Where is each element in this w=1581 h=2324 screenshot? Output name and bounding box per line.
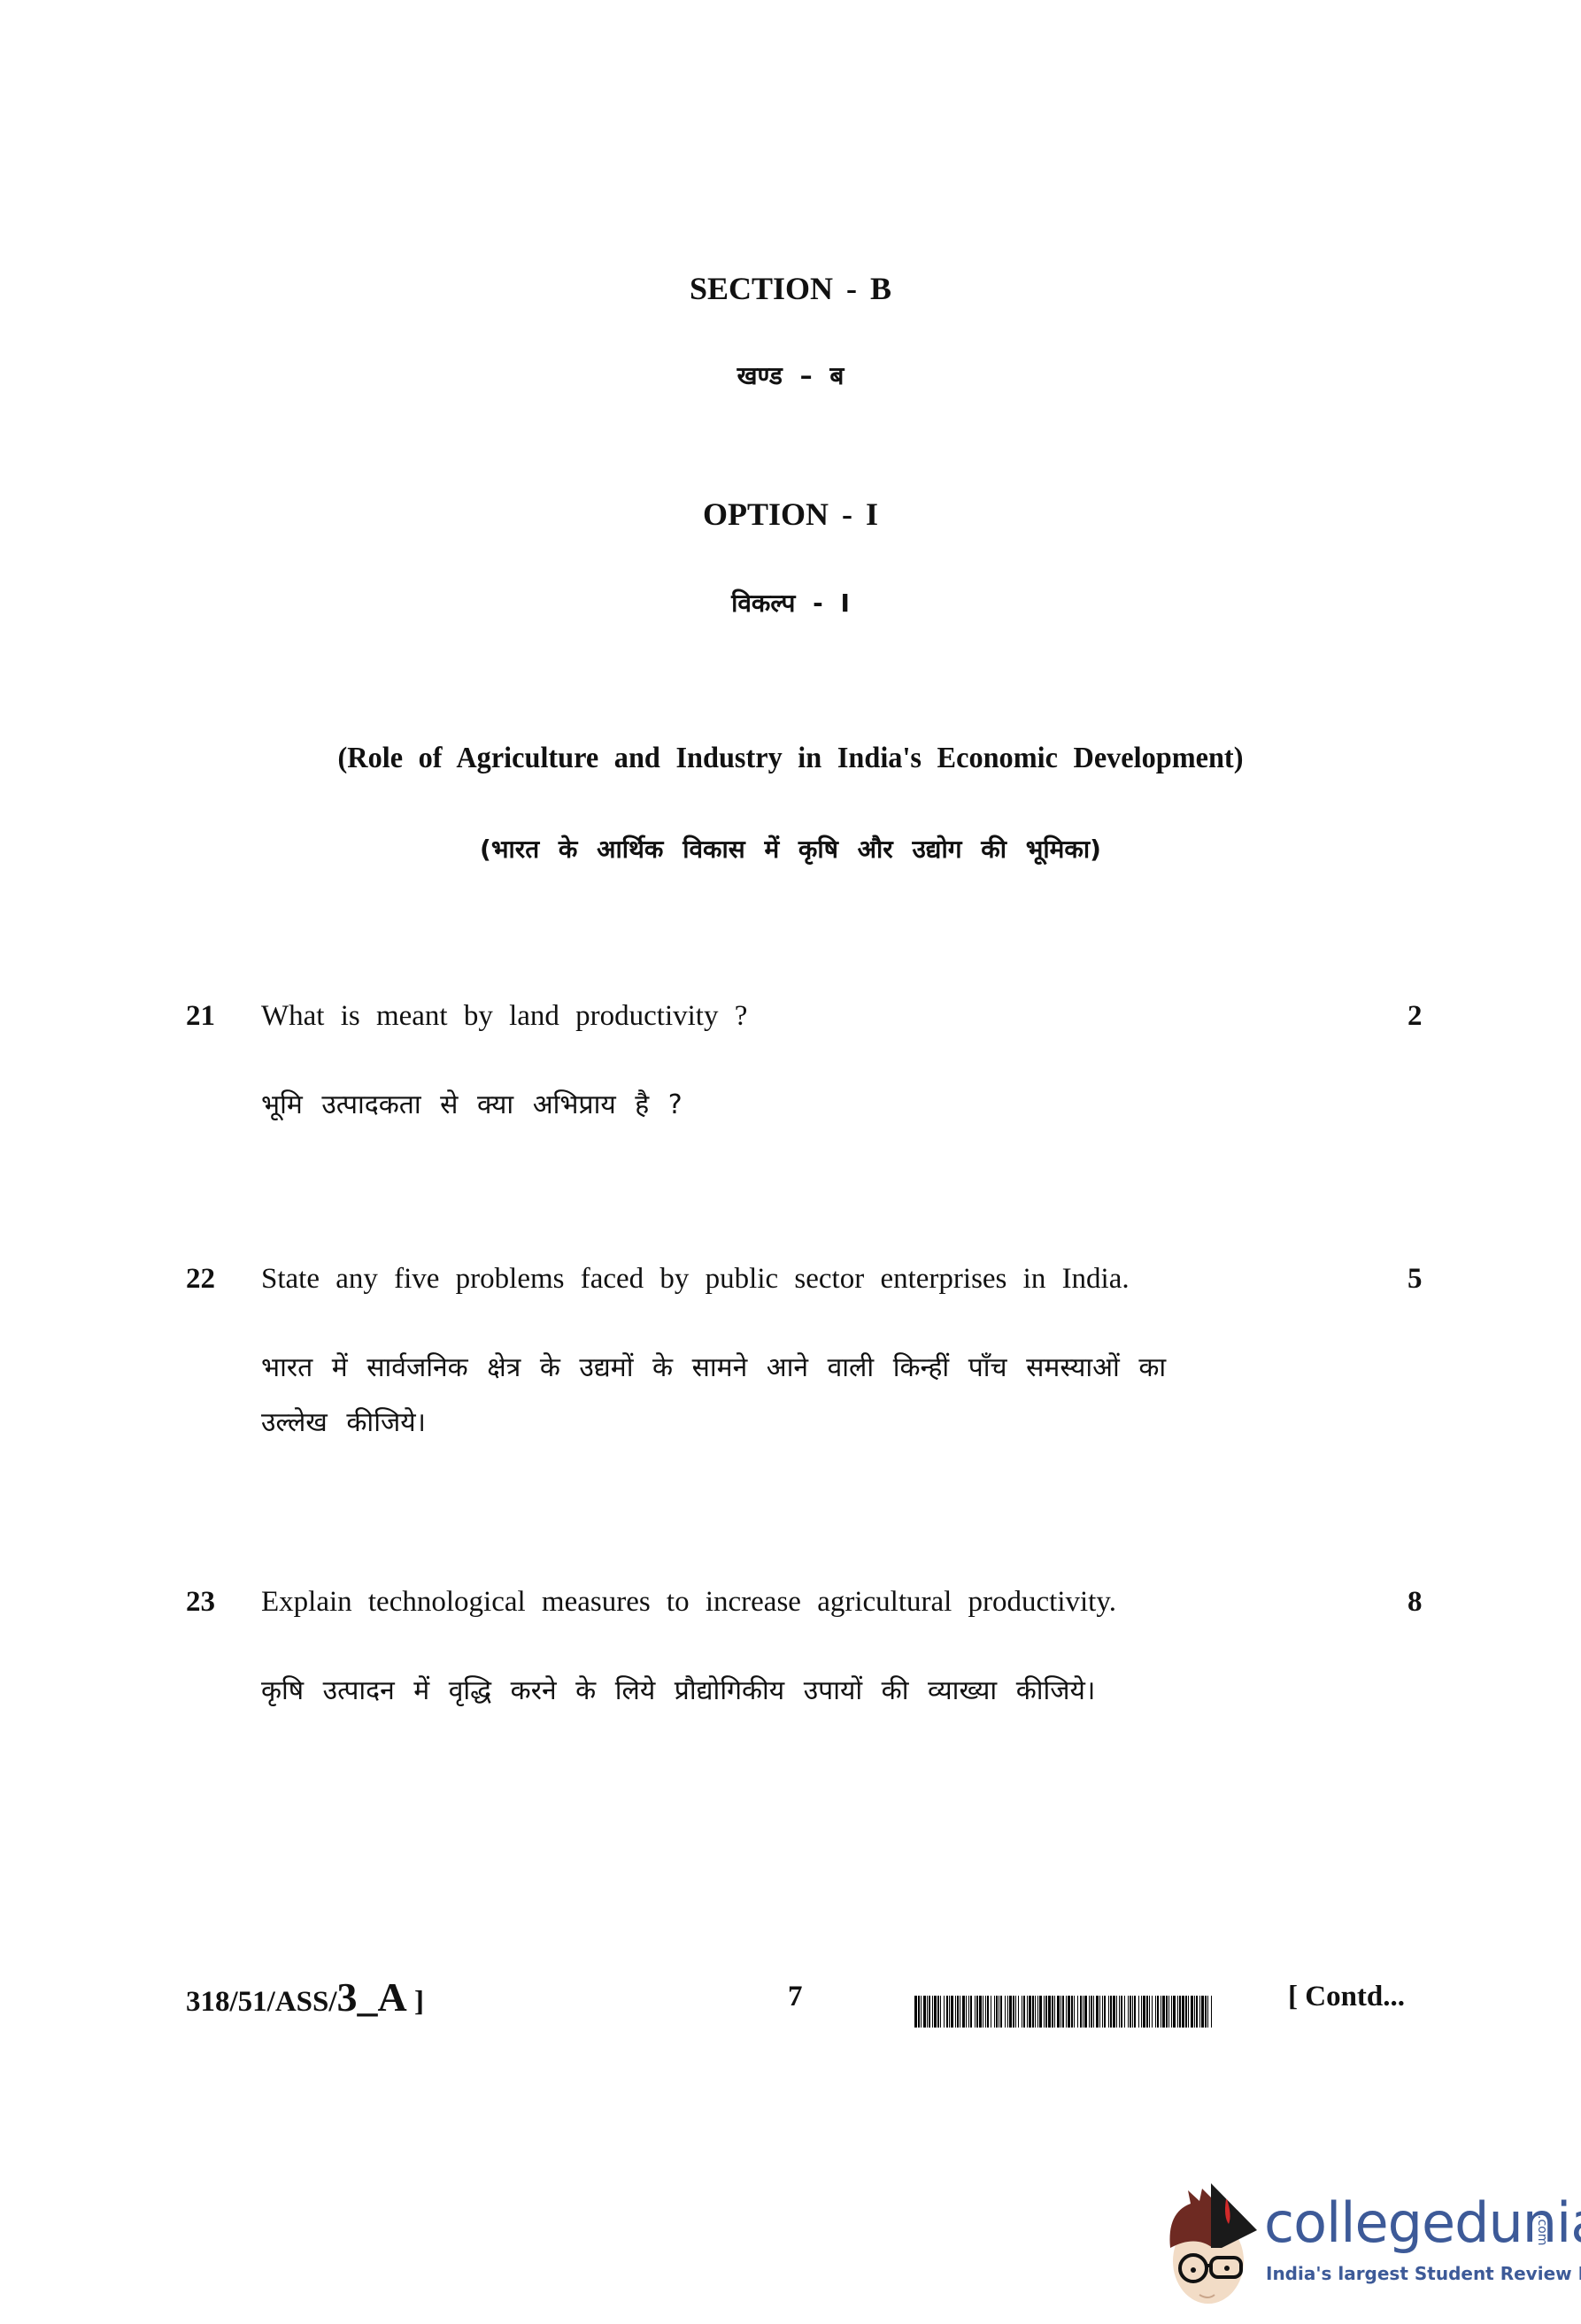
continued-label: [ Contd... [1288, 1981, 1405, 2013]
question-text-hindi-line2: उल्लेख कीजिये। [261, 1403, 426, 1439]
question-marks: 5 [1407, 1263, 1423, 1296]
question-number: 21 [186, 1000, 215, 1033]
question-text: Explain technological measures to increa… [261, 1586, 1116, 1619]
brand-tagline: India's largest Student Review Platform [1266, 2263, 1581, 2284]
question-marks: 8 [1407, 1586, 1423, 1619]
paper-code-set: 3_A [337, 1974, 407, 2020]
paper-code: 318/51/ASS/3_A ] [186, 1974, 424, 2020]
brand-domain: .com [1535, 2215, 1549, 2245]
collegedunia-logo: collegedunia .com India's largest Studen… [1160, 2164, 1576, 2314]
mascot-icon [1160, 2164, 1266, 2314]
section-heading: SECTION - B [0, 270, 1581, 307]
topic-title: (Role of Agriculture and Industry in Ind… [40, 742, 1542, 775]
question-marks: 2 [1407, 1000, 1423, 1033]
brand-name: collegedunia [1264, 2190, 1581, 2255]
question-text-hindi: भूमि उत्पादकता से क्या अभिप्राय है ? [261, 1085, 683, 1121]
question-text-hindi: भारत में सार्वजनिक क्षेत्र के उद्यमों के… [261, 1348, 1166, 1384]
paper-code-prefix: 318/51/ASS/ [186, 1986, 337, 2018]
question-text: What is meant by land productivity ? [261, 1000, 747, 1033]
question-number: 22 [186, 1263, 215, 1296]
question-text: State any five problems faced by public … [261, 1263, 1130, 1296]
question-number: 23 [186, 1586, 215, 1619]
topic-title-hindi: (भारत के आर्थिक विकास में कृषि और उद्योग… [0, 832, 1581, 866]
option-heading-hindi: विकल्प - I [0, 586, 1581, 619]
option-heading: OPTION - I [0, 496, 1581, 533]
page-number: 7 [788, 1981, 803, 2013]
barcode [914, 1996, 1213, 2028]
paper-code-suffix: ] [407, 1986, 424, 2018]
section-heading-hindi: खण्ड – ब [0, 358, 1581, 392]
question-text-hindi: कृषि उत्पादन में वृद्धि करने के लिये प्र… [261, 1671, 1095, 1707]
